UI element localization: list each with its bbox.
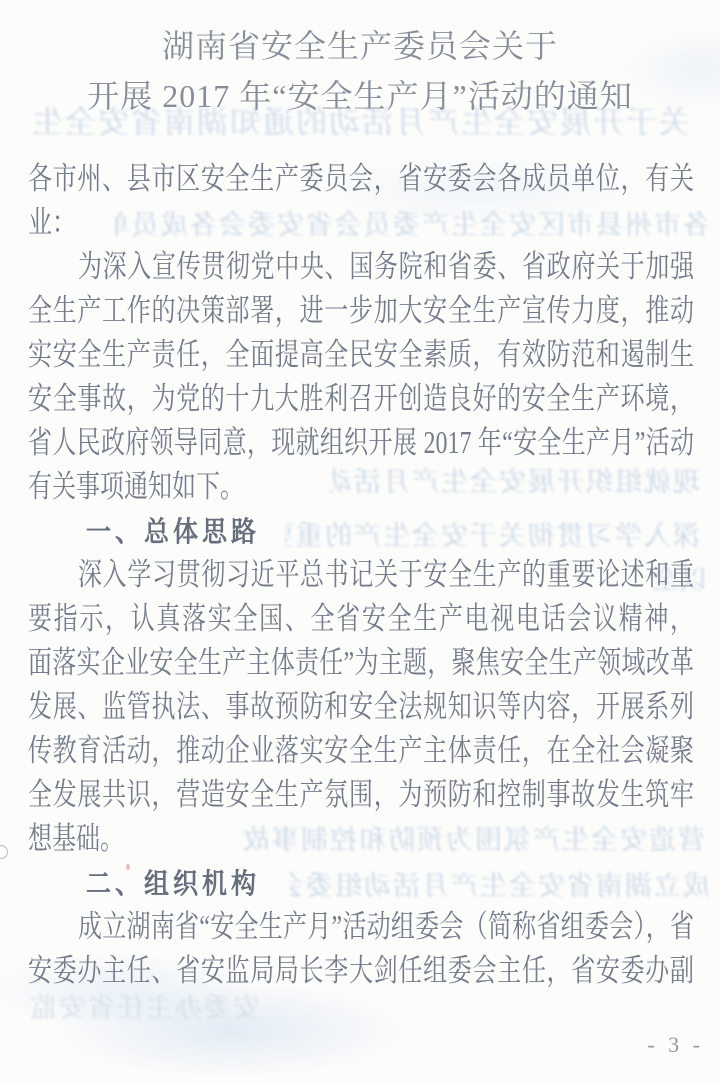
scan-artifact-speck <box>126 864 130 870</box>
scanned-document-page: 关于开展安全生产月活动的通知湖南省安全生产委员 各市州县市区安全生产委员会省安委… <box>0 0 720 1082</box>
document-body: 各市州、县市区安全生产委员会，省安委会各成员单位，有关企 业： 为深入宣传贯彻党… <box>0 158 720 994</box>
paragraph-line: 安委办主任、省安监局局长李大剑任组委会主任，省安委办副主 <box>28 943 694 1000</box>
document-title-line-1: 湖南省安全生产委员会关于 <box>0 26 720 66</box>
page-number: - 3 - <box>647 1032 704 1058</box>
document-title-line-2: 开展 2017 年“安全生产月”活动的通知 <box>0 76 720 116</box>
